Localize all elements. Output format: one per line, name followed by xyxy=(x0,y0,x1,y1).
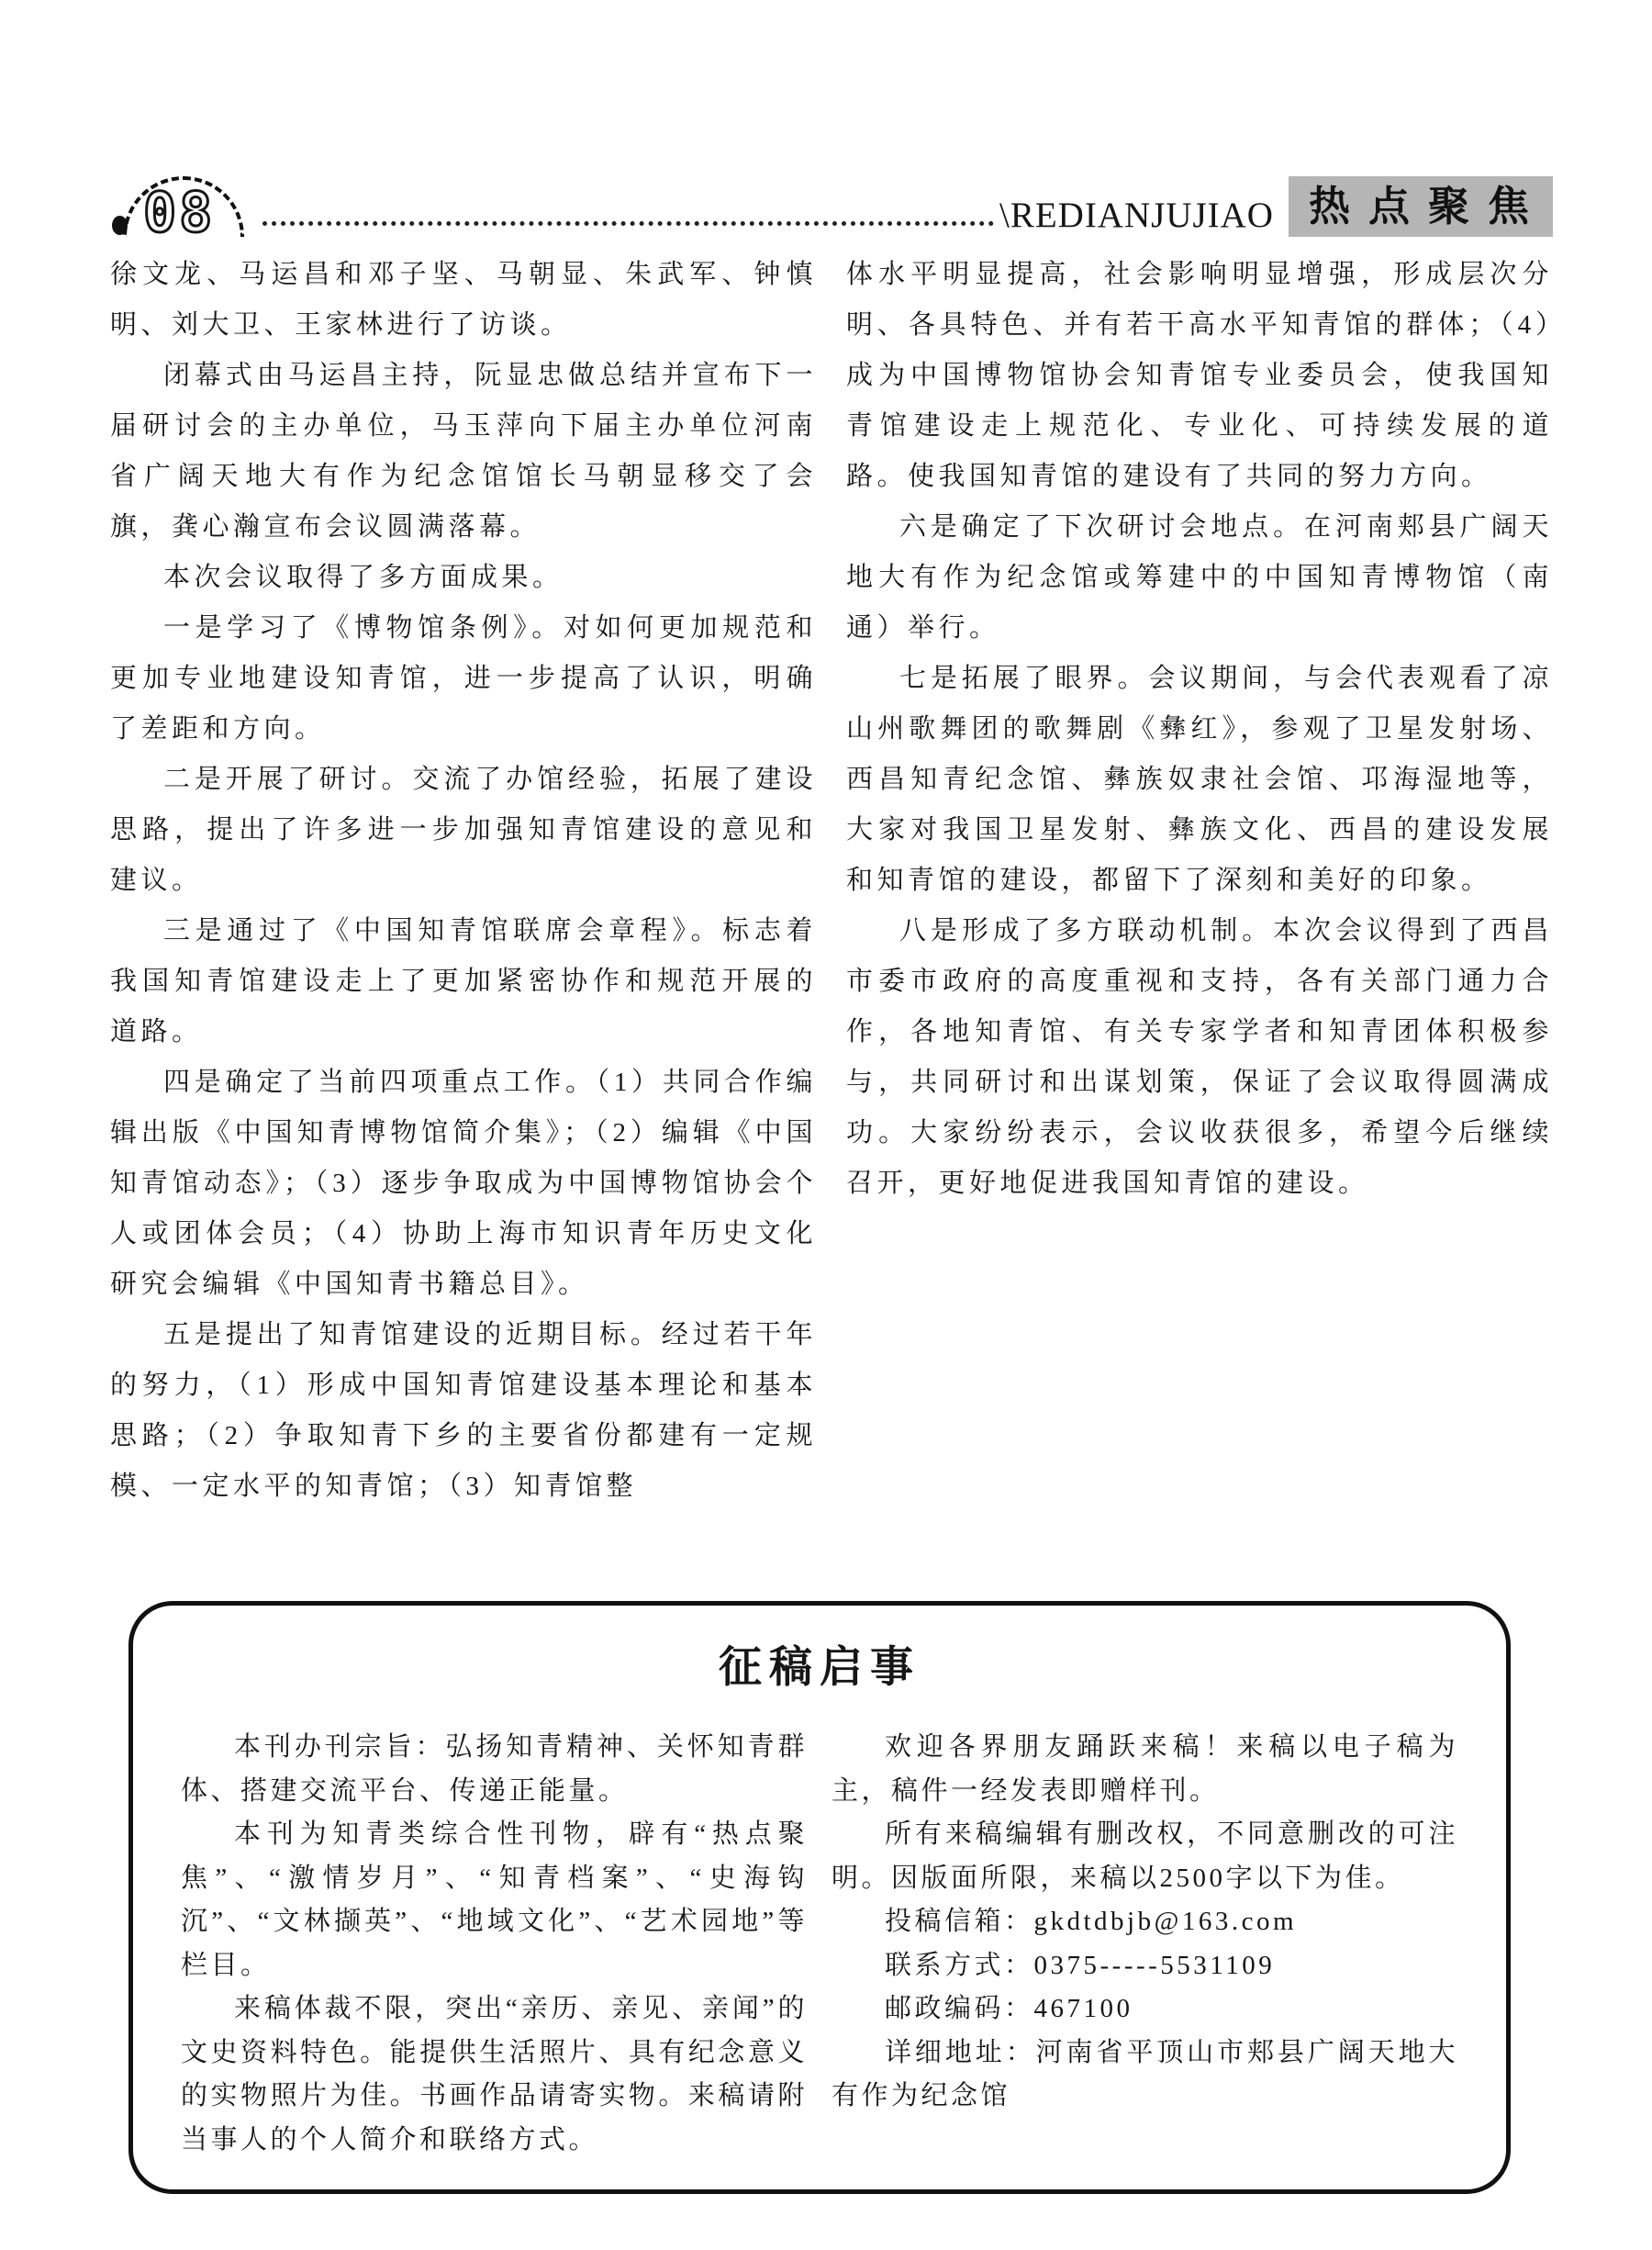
section-name-pinyin: \REDIANJUJIAO xyxy=(999,197,1274,233)
article-left-column: 徐文龙、马运昌和邓子坚、马朝显、朱武军、钟慎明、刘大卫、王家林进行了访谈。闭幕式… xyxy=(110,250,817,1512)
page-number-badge: 08 xyxy=(103,158,261,237)
notice-title: 征稿启事 xyxy=(181,1633,1458,1695)
paragraph: 四是确定了当前四项重点工作。（1）共同合作编辑出版《中国知青博物馆简介集》；（2… xyxy=(110,1058,817,1310)
paragraph: 六是确定了下次研讨会地点。在河南郏县广阔天地大有作为纪念馆或筹建中的中国知青博物… xyxy=(846,502,1553,654)
paragraph: 七是拓展了眼界。会议期间，与会代表观看了凉山州歌舞团的歌舞剧《彝红》，参观了卫星… xyxy=(846,654,1553,906)
paragraph: 本刊办刊宗旨：弘扬知青精神、关怀知青群体、搭建交流平台、传递正能量。 xyxy=(181,1726,808,1813)
paragraph: 二是开展了研讨。交流了办馆经验，拓展了建设思路，提出了许多进一步加强知青馆建设的… xyxy=(110,755,817,906)
paragraph: 本刊为知青类综合性刊物，辟有“热点聚焦”、“激情岁月”、“知青档案”、“史海钩沉… xyxy=(181,1813,808,1987)
paragraph: 所有来稿编辑有删改权，不同意删改的可注明。因版面所限，来稿以2500字以下为佳。 xyxy=(832,1813,1458,1900)
magazine-page: 08 \REDIANJUJIAO 热点聚焦 徐文龙、马运昌和邓子坚、马朝显、朱武… xyxy=(0,0,1652,2250)
paragraph: 体水平明显提高，社会影响明显增强，形成层次分明、各具特色、并有若干高水平知青馆的… xyxy=(846,250,1553,502)
dotted-leader-line xyxy=(262,221,994,226)
section-title-tag: 热点聚焦 xyxy=(1289,176,1553,237)
paragraph: 邮政编码：467100 xyxy=(832,1987,1458,2032)
paragraph: 五是提出了知青馆建设的近期目标。经过若干年的努力，（1）形成中国知青馆建设基本理… xyxy=(110,1310,817,1512)
paragraph: 详细地址：河南省平顶山市郏县广阔天地大有作为纪念馆 xyxy=(832,2032,1458,2119)
paragraph: 投稿信箱：gkdtdbjb@163.com xyxy=(832,1900,1458,1944)
notice-body: 本刊办刊宗旨：弘扬知青精神、关怀知青群体、搭建交流平台、传递正能量。本刊为知青类… xyxy=(181,1726,1458,2162)
paragraph: 八是形成了多方联动机制。本次会议得到了西昌市委市政府的高度重视和支持，各有关部门… xyxy=(846,906,1553,1209)
page-number: 08 xyxy=(143,185,215,241)
paragraph: 欢迎各界朋友踊跃来稿！来稿以电子稿为主，稿件一经发表即赠样刊。 xyxy=(832,1726,1458,1813)
call-for-papers-box: 征稿启事 本刊办刊宗旨：弘扬知青精神、关怀知青群体、搭建交流平台、传递正能量。本… xyxy=(128,1601,1511,2194)
paragraph: 一是学习了《博物馆条例》。对如何更加规范和更加专业地建设知青馆，进一步提高了认识… xyxy=(110,603,817,755)
paragraph: 闭幕式由马运昌主持，阮显忠做总结并宣布下一届研讨会的主办单位，马玉萍向下届主办单… xyxy=(110,351,817,553)
paragraph: 联系方式：0375-----5531109 xyxy=(832,1944,1458,1988)
paragraph: 本次会议取得了多方面成果。 xyxy=(110,553,817,603)
article-body: 徐文龙、马运昌和邓子坚、马朝显、朱武军、钟慎明、刘大卫、王家林进行了访谈。闭幕式… xyxy=(110,250,1553,1512)
paragraph: 三是通过了《中国知青馆联席会章程》。标志着我国知青馆建设走上了更加紧密协作和规范… xyxy=(110,906,817,1058)
paragraph: 来稿体裁不限，突出“亲历、亲见、亲闻”的文史资料特色。能提供生活照片、具有纪念意… xyxy=(181,1987,808,2162)
article-right-column: 体水平明显提高，社会影响明显增强，形成层次分明、各具特色、并有若干高水平知青馆的… xyxy=(846,250,1553,1512)
notice-left-column: 本刊办刊宗旨：弘扬知青精神、关怀知青群体、搭建交流平台、传递正能量。本刊为知青类… xyxy=(181,1726,808,2162)
notice-right-column: 欢迎各界朋友踊跃来稿！来稿以电子稿为主，稿件一经发表即赠样刊。所有来稿编辑有删改… xyxy=(832,1726,1458,2162)
paragraph: 徐文龙、马运昌和邓子坚、马朝显、朱武军、钟慎明、刘大卫、王家林进行了访谈。 xyxy=(110,250,817,351)
page-header: 08 \REDIANJUJIAO 热点聚焦 xyxy=(103,158,1553,237)
